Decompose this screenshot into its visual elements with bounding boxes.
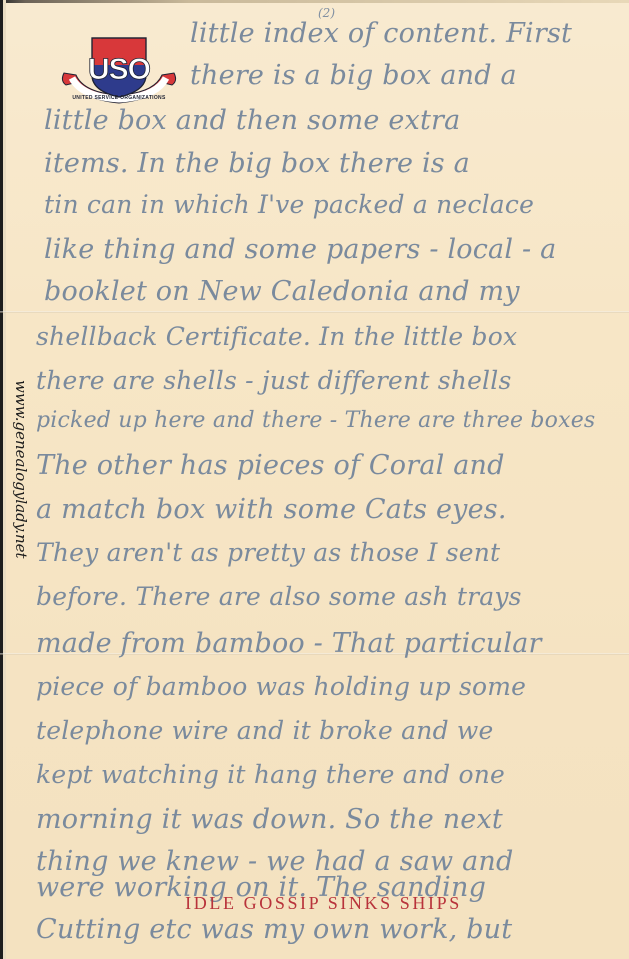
- scan-edge-top: [0, 0, 629, 3]
- letter-line: They aren't as pretty as those I sent: [36, 538, 500, 567]
- letter-line: Cutting etc was my own work, but: [36, 914, 512, 945]
- letter-line: piece of bamboo was holding up some: [36, 672, 526, 701]
- letter-page: USO UNITED SERVICE ORGANIZATIONS (2) www…: [0, 0, 629, 959]
- letter-line: like thing and some papers - local - a: [44, 234, 556, 265]
- svg-text:UNITED SERVICE ORGANIZATIONS: UNITED SERVICE ORGANIZATIONS: [72, 95, 166, 101]
- letter-line: items. In the big box there is a: [44, 148, 470, 179]
- footer-slogan: IDLE GOSSIP SINKS SHIPS: [0, 893, 629, 914]
- letter-line: shellback Certificate. In the little box: [36, 322, 517, 351]
- paper-fold-crease: [0, 311, 629, 313]
- letter-line: little box and then some extra: [44, 105, 460, 136]
- letter-line: The other has pieces of Coral and: [36, 450, 505, 481]
- scan-edge-left-highlight: [3, 0, 6, 959]
- letter-line: picked up here and there - There are thr…: [36, 408, 595, 433]
- uso-shield-icon: USO UNITED SERVICE ORGANIZATIONS: [58, 35, 180, 105]
- letter-line: a match box with some Cats eyes.: [36, 494, 507, 525]
- svg-text:USO: USO: [88, 53, 151, 86]
- letter-line: before. There are also some ash trays: [36, 582, 522, 611]
- letter-line: tin can in which I've packed a neclace: [44, 190, 534, 219]
- uso-logo: USO UNITED SERVICE ORGANIZATIONS: [58, 35, 180, 105]
- letter-line: telephone wire and it broke and we: [36, 716, 494, 745]
- letter-line: booklet on New Caledonia and my: [44, 276, 520, 307]
- letter-line: little index of content. First: [190, 18, 572, 49]
- letter-line: there are shells - just different shells: [36, 366, 511, 395]
- letter-line: kept watching it hang there and one: [36, 760, 505, 789]
- letter-line: morning it was down. So the next: [36, 804, 503, 835]
- watermark-text: www.genealogylady.net: [12, 380, 30, 559]
- letter-line: made from bamboo - That particular: [36, 628, 542, 659]
- letter-line: there is a big box and a: [190, 60, 517, 91]
